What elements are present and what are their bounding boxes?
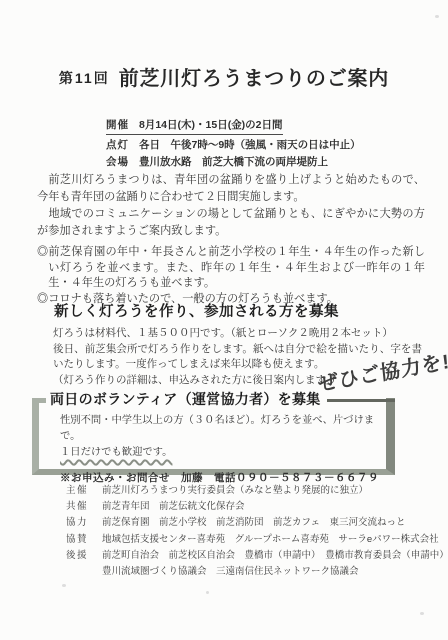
credit-text: 前芝町自治会 前芝校区自治会 豊橋市（申請中） 豊橋市教育委員会（申請中） [102,548,448,564]
credit-row-kyosai: 共催前芝青年団 前芝伝統文化保存会 [66,499,448,515]
venue-row: 会場豊川放水路 前芝大橋下流の両岸堤防上 [106,156,361,169]
lantern-note-item: ◎前芝保育園の年中・年長さんと前芝小学校の１年生・４年生の作った新しい灯ろうを並… [37,245,425,292]
lighting-time-value: 各日 午後7時～9時（強風・雨天の日は中止） [139,139,361,151]
event-info-block: 開催8月14日(木)・15日(金)の2日間 点灯各日 午後7時～9時（強風・雨天… [106,119,361,173]
venue-value: 豊川放水路 前芝大橋下流の両岸堤防上 [139,156,328,168]
scan-speck [206,591,209,594]
credit-row-kyoryoku: 協力前芝保育園 前芝小学校 前芝消防団 前芝カフェ 東三河交流ねっと [66,515,448,531]
credit-row-koen-continued: 豊川流域圏づくり協議会 三遠南信住民ネットワーク協議会 [66,564,448,580]
credit-label: 協賛 [66,532,91,548]
volunteer-box-body: 性別不問・中学生以上の方（３０名ほど）。灯ろうを並べ、片づけまで。 １日だけでも… [39,398,386,486]
credit-label [66,564,91,580]
intro-paragraph-1: 前芝川灯ろうまつりは、青年団の盆踊りを盛り上げようと始めたもので、今年も青年団の… [37,172,425,206]
volunteer-recruit-box: 両日のボランティア（運営協力者）を募集 性別不問・中学生以上の方（３０名ほど）。… [32,398,395,475]
scanned-flyer-page: 第11回前芝川灯ろうまつりのご案内 開催8月14日(木)・15日(金)の2日間 … [0,0,448,640]
credit-label: 主催 [66,483,91,499]
scan-speck [62,584,66,587]
scan-speck [420,612,424,615]
credit-row-kyosan: 協賛地域包括支援センター喜寿苑 グループホーム喜寿苑 サーラeパワー株式会社 [66,532,448,548]
credit-label: 共催 [66,499,91,515]
box-top-rule [327,399,395,402]
credit-label: 協力 [66,515,91,531]
volunteer-welcome-line: １日だけでも歓迎です。 [60,445,382,461]
credit-row-shusai: 主催前芝川灯ろうまつり実行委員会（みなと塾より発展的に独立） [66,483,448,499]
credit-label: 後援 [66,548,91,564]
lantern-notes-list: ◎前芝保育園の年中・年長さんと前芝小学校の１年生・４年生の作った新しい灯ろうを並… [37,245,425,307]
event-date-value: 8月14日(木)・15日(金)の2日間 [139,119,283,131]
venue-label: 会場 [106,156,129,168]
event-date-row: 開催8月14日(木)・15日(金)の2日間 [106,119,283,135]
event-date-label: 開催 [106,119,129,131]
credit-text: 前芝川灯ろうまつり実行委員会（みなと塾より発展的に独立） [102,483,368,499]
intro-paragraphs: 前芝川灯ろうまつりは、青年団の盆踊りを盛り上げようと始めたもので、今年も青年団の… [37,172,425,240]
lighting-time-label: 点灯 [106,139,129,151]
scan-speck [435,15,439,18]
title-edition-prefix: 第11回 [59,70,110,86]
credit-text: 前芝保育園 前芝小学校 前芝消防団 前芝カフェ 東三河交流ねっと [102,515,406,531]
title-main-text: 前芝川灯ろうまつりのご案内 [119,68,389,90]
volunteer-box-heading: 両日のボランティア（運営協力者）を募集 [50,389,321,409]
page-title: 第11回前芝川灯ろうまつりのご案内 [0,62,448,91]
recruit-price-line: 灯ろうは材料代、１基５００円です。（紙とローソク２晩用２本セット） [53,326,422,342]
lighting-time-row: 点灯各日 午後7時～9時（強風・雨天の日は中止） [106,139,361,152]
credit-text: 地域包括支援センター喜寿苑 グループホーム喜寿苑 サーラeパワー株式会社 [102,532,439,548]
credit-text: 前芝青年団 前芝伝統文化保存会 [102,499,245,515]
intro-paragraph-2: 地域でのコミュニケーションの場として盆踊りとも、にぎやかに大勢の方が参加されます… [37,206,425,240]
recruit-section-heading: 新しく灯ろうを作り、参加される方を募集 [54,300,339,321]
box-corner-stub [32,398,46,403]
volunteer-welcome-emphasis: １日だけでも歓迎です。 [60,447,172,458]
organizer-credits: 主催前芝川灯ろうまつり実行委員会（みなと塾より発展的に独立） 共催前芝青年団 前… [66,483,448,580]
volunteer-conditions-line: 性別不問・中学生以上の方（３０名ほど）。灯ろうを並べ、片づけまで。 [60,413,382,445]
credit-text: 豊川流域圏づくり協議会 三遠南信住民ネットワーク協議会 [102,564,359,580]
credit-row-koen: 後援前芝町自治会 前芝校区自治会 豊橋市（申請中） 豊橋市教育委員会（申請中） [66,548,448,564]
